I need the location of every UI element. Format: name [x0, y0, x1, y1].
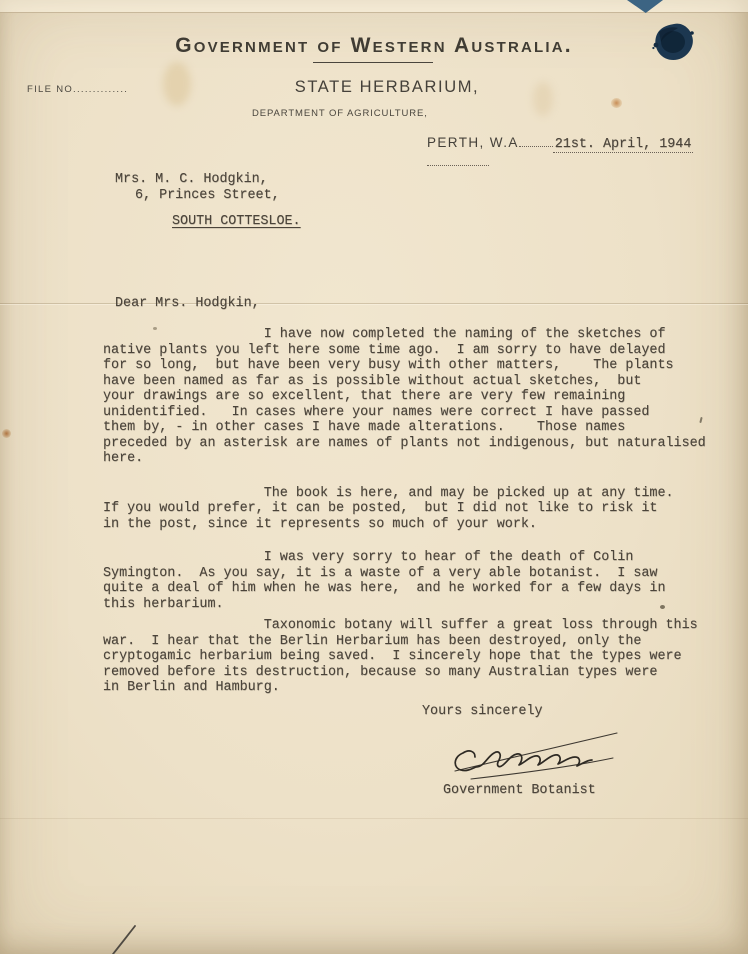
recipient-name: Mrs. M. C. Hodgkin, [115, 172, 268, 188]
paragraph-3: I was very sorry to hear of the death of… [103, 550, 727, 612]
recipient-suburb: SOUTH COTTESLOE. [172, 214, 301, 230]
recipient-street: 6, Princes Street, [135, 188, 280, 204]
place-label: PERTH, W.A [427, 135, 519, 150]
fold-crease-middle [0, 303, 748, 304]
office-name: STATE HERBARIUM, [26, 78, 748, 97]
dirt-speck [153, 327, 157, 330]
ink-blot [652, 22, 696, 64]
dotted-leader [519, 144, 553, 147]
pen-stroke [108, 924, 142, 954]
signatory-title: Government Botanist [443, 783, 596, 799]
paragraph-2: The book is here, and may be picked up a… [103, 486, 727, 533]
fold-crease-lower [0, 818, 748, 819]
paragraph-4: Taxonomic botany will suffer a great los… [103, 618, 727, 696]
department-name: DEPARTMENT OF AGRICULTURE, [252, 108, 428, 119]
dirt-speck [660, 605, 665, 609]
letter-body: I have now completed the naming of the s… [103, 327, 727, 696]
title-underline-rule [313, 62, 433, 63]
date-value: 21st. April, 1944 [553, 137, 694, 153]
foxing-spot [2, 429, 11, 438]
valediction: Yours sincerely [422, 704, 543, 720]
salutation: Dear Mrs. Hodgkin, [115, 296, 260, 312]
letterhead-title: Government of Western Australia. [0, 34, 748, 58]
paragraph-1: I have now completed the naming of the s… [103, 327, 727, 467]
signature-scrawl [445, 726, 625, 784]
dotted-leader [427, 163, 489, 166]
dateline: PERTH, W.A21st. April, 1944 [427, 134, 748, 171]
foxing-spot [611, 98, 622, 108]
letter-page: Government of Western Australia. FILE NO… [0, 0, 748, 954]
